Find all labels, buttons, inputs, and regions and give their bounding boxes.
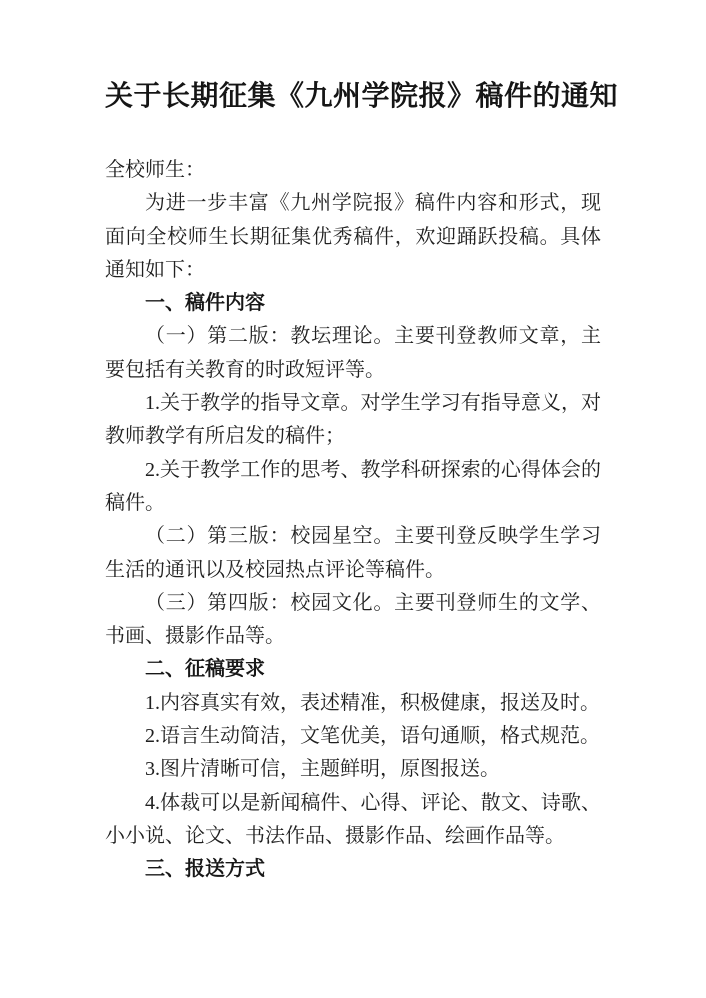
salutation: 全校师生：	[105, 154, 601, 187]
requirement-1: 1.内容真实有效，表述精准，积极健康，报送及时。	[105, 687, 601, 720]
requirement-3: 3.图片清晰可信，主题鲜明，原图报送。	[105, 753, 601, 786]
document-body: 全校师生： 为进一步丰富《九州学院报》稿件内容和形式，现面向全校师生长期征集优秀…	[105, 154, 601, 887]
item-edition-2: （一）第二版：教坛理论。主要刊登教师文章，主要包括有关教育的时政短评等。	[105, 320, 601, 387]
section-heading-submission: 三、报送方式	[105, 853, 601, 886]
intro-paragraph: 为进一步丰富《九州学院报》稿件内容和形式，现面向全校师生长期征集优秀稿件，欢迎踊…	[105, 187, 601, 287]
requirement-4: 4.体裁可以是新闻稿件、心得、评论、散文、诗歌、小小说、论文、书法作品、摄影作品…	[105, 787, 601, 854]
requirement-2: 2.语言生动简洁，文笔优美，语句通顺，格式规范。	[105, 720, 601, 753]
document-page: 关于长期征集《九州学院报》稿件的通知 全校师生： 为进一步丰富《九州学院报》稿件…	[0, 0, 706, 998]
item-edition-2-point-1: 1.关于教学的指导文章。对学生学习有指导意义，对教师教学有所启发的稿件；	[105, 387, 601, 454]
item-edition-2-point-2: 2.关于教学工作的思考、教学科研探索的心得体会的稿件。	[105, 454, 601, 521]
section-heading-requirements: 二、征稿要求	[105, 653, 601, 686]
item-edition-3: （二）第三版：校园星空。主要刊登反映学生学习生活的通讯以及校园热点评论等稿件。	[105, 520, 601, 587]
item-edition-4: （三）第四版：校园文化。主要刊登师生的文学、书画、摄影作品等。	[105, 587, 601, 654]
document-title: 关于长期征集《九州学院报》稿件的通知	[105, 78, 601, 116]
section-heading-content: 一、稿件内容	[105, 287, 601, 320]
